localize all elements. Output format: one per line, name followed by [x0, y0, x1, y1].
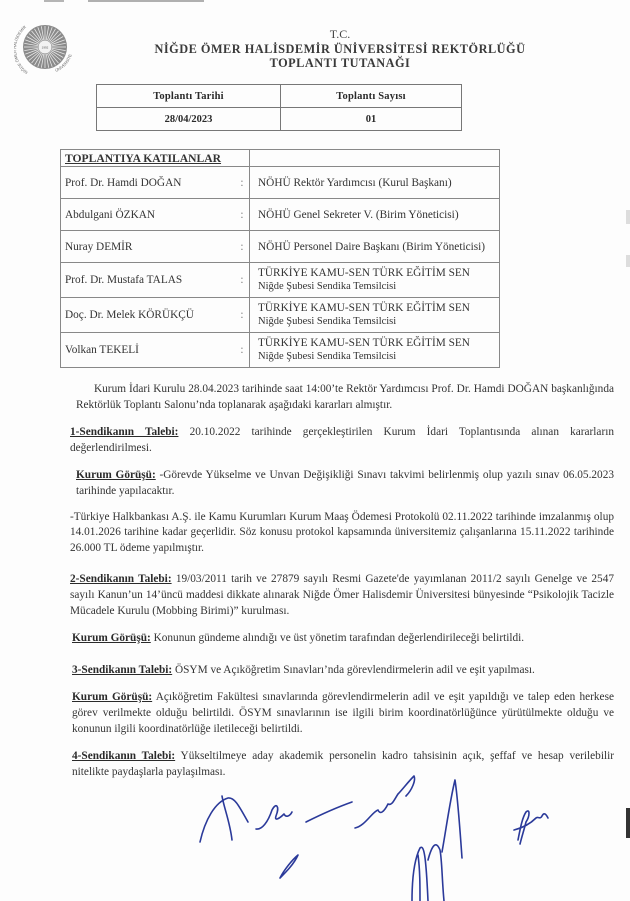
attendee-role: TÜRKİYE KAMU-SEN TÜRK EĞİTİM SEN Niğde Ş…	[250, 263, 500, 298]
item-label: 1-Sendikanın Talebi:	[70, 426, 178, 438]
attendee-row: Abdulgani ÖZKAN : NÖHÜ Genel Sekreter V.…	[61, 199, 500, 231]
item-1-response-continued: -Türkiye Halkbankası A.Ş. ile Kamu Kurum…	[70, 510, 614, 557]
signature-5	[514, 811, 548, 844]
attendee-row: Volkan TEKELİ : TÜRKİYE KAMU-SEN TÜRK EĞ…	[61, 333, 500, 368]
item-1-response: Kurum Görüşü: -Görevde Yükselme ve Unvan…	[76, 468, 614, 499]
attendees-heading: TOPLANTIYA KATILANLAR	[61, 150, 250, 167]
meeting-date-label: Toplantı Tarihi	[97, 85, 281, 108]
attendee-separator: :	[235, 231, 250, 263]
item-3-request: 3-Sendikanın Talebi: ÖSYM ve Açıköğretim…	[72, 663, 614, 679]
attendee-separator: :	[235, 199, 250, 231]
attendee-name: Prof. Dr. Mustafa TALAS	[61, 263, 236, 298]
attendee-role-line2: Niğde Şubesi Sendika Temsilcisi	[258, 350, 499, 364]
attendee-separator: :	[235, 298, 250, 333]
attendee-separator: :	[235, 333, 250, 368]
university-name: NİĞDE ÖMER HALİSDEMİR ÜNİVERSİTESİ REKTÖ…	[140, 42, 540, 57]
item-label: 3-Sendikanın Talebi:	[72, 664, 172, 676]
svg-text:1992: 1992	[42, 46, 49, 50]
meeting-number-value: 01	[281, 108, 462, 131]
meeting-number-label: Toplantı Sayısı	[281, 85, 462, 108]
attendee-role-line2: Niğde Şubesi Sendika Temsilcisi	[258, 280, 499, 294]
signature-3	[355, 776, 415, 828]
item-3-response: Kurum Görüşü: Açıköğretim Fakültesi sına…	[72, 690, 614, 737]
item-text: Konunun gündeme alındığı ve üst yönetim …	[151, 632, 524, 644]
attendees-table: TOPLANTIYA KATILANLAR Prof. Dr. Hamdi DO…	[60, 149, 500, 368]
attendee-role: TÜRKİYE KAMU-SEN TÜRK EĞİTİM SEN Niğde Ş…	[250, 333, 500, 368]
scan-edge-mark	[626, 808, 630, 838]
item-text: -Türkiye Halkbankası A.Ş. ile Kamu Kurum…	[70, 511, 614, 554]
attendee-row: Prof. Dr. Hamdi DOĞAN : NÖHÜ Rektör Yard…	[61, 167, 500, 199]
attendee-role-line2: Niğde Şubesi Sendika Temsilcisi	[258, 315, 499, 329]
item-2-response: Kurum Görüşü: Konunun gündeme alındığı v…	[72, 631, 614, 647]
meeting-info-table: Toplantı Tarihi Toplantı Sayısı 28/04/20…	[96, 84, 462, 131]
item-label: 4-Sendikanın Talebi:	[72, 750, 175, 762]
scan-top-edge	[0, 0, 630, 4]
attendee-row: Doç. Dr. Melek KÖRÜKÇÜ : TÜRKİYE KAMU-SE…	[61, 298, 500, 333]
attendee-role: NÖHÜ Personel Daire Başkanı (Birim Yönet…	[250, 231, 500, 263]
attendee-separator: :	[235, 167, 250, 199]
signatures-area	[180, 760, 630, 901]
document-title: TOPLANTI TUTANAĞI	[140, 56, 540, 71]
scan-edge-mark	[626, 210, 630, 224]
meeting-date-value: 28/04/2023	[97, 108, 281, 131]
university-seal-logo-icon: 1992 NİĞDE ÖMER HALİSDEMİR ÜNİVERSİTESİ	[14, 14, 76, 80]
attendee-name: Nuray DEMİR	[61, 231, 236, 263]
item-label: Kurum Görüşü:	[72, 691, 152, 703]
attendee-name: Abdulgani ÖZKAN	[61, 199, 236, 231]
attendee-role-line1: TÜRKİYE KAMU-SEN TÜRK EĞİTİM SEN	[258, 267, 499, 280]
item-label: 2-Sendikanın Talebi:	[70, 573, 172, 585]
scan-edge-mark	[626, 255, 630, 267]
attendee-role: NÖHÜ Genel Sekreter V. (Birim Yöneticisi…	[250, 199, 500, 231]
signature-4	[412, 780, 462, 901]
attendee-role-line1: TÜRKİYE KAMU-SEN TÜRK EĞİTİM SEN	[258, 337, 499, 350]
item-1-request: 1-Sendikanın Talebi: 20.10.2022 tarihind…	[70, 425, 614, 456]
attendee-row: Nuray DEMİR : NÖHÜ Personel Daire Başkan…	[61, 231, 500, 263]
attendee-name: Volkan TEKELİ	[61, 333, 236, 368]
item-text: -Görevde Yükselme ve Unvan Değişikliği S…	[76, 469, 614, 497]
attendee-name: Doç. Dr. Melek KÖRÜKÇÜ	[61, 298, 236, 333]
attendees-heading-blank	[250, 150, 500, 167]
attendee-row: Prof. Dr. Mustafa TALAS : TÜRKİYE KAMU-S…	[61, 263, 500, 298]
header-tc: T.C.	[140, 27, 540, 42]
signature-2	[256, 802, 352, 878]
item-2-request: 2-Sendikanın Talebi: 19/03/2011 tarih ve…	[70, 572, 614, 619]
item-label: Kurum Görüşü:	[76, 469, 156, 481]
attendee-role: NÖHÜ Rektör Yardımcısı (Kurul Başkanı)	[250, 167, 500, 199]
attendee-role-line1: TÜRKİYE KAMU-SEN TÜRK EĞİTİM SEN	[258, 302, 499, 315]
signature-1	[200, 796, 248, 842]
intro-paragraph: Kurum İdari Kurulu 28.04.2023 tarihinde …	[76, 382, 614, 413]
attendee-separator: :	[235, 263, 250, 298]
minutes-body: Kurum İdari Kurulu 28.04.2023 tarihinde …	[76, 382, 614, 792]
item-text: ÖSYM ve Açıköğretim Sınavları’nda görevl…	[172, 664, 535, 676]
item-label: Kurum Görüşü:	[72, 632, 151, 644]
document-header: T.C. NİĞDE ÖMER HALİSDEMİR ÜNİVERSİTESİ …	[140, 27, 540, 71]
attendee-role: TÜRKİYE KAMU-SEN TÜRK EĞİTİM SEN Niğde Ş…	[250, 298, 500, 333]
attendee-name: Prof. Dr. Hamdi DOĞAN	[61, 167, 236, 199]
item-text: Açıköğretim Fakültesi sınavlarında görev…	[72, 691, 614, 734]
